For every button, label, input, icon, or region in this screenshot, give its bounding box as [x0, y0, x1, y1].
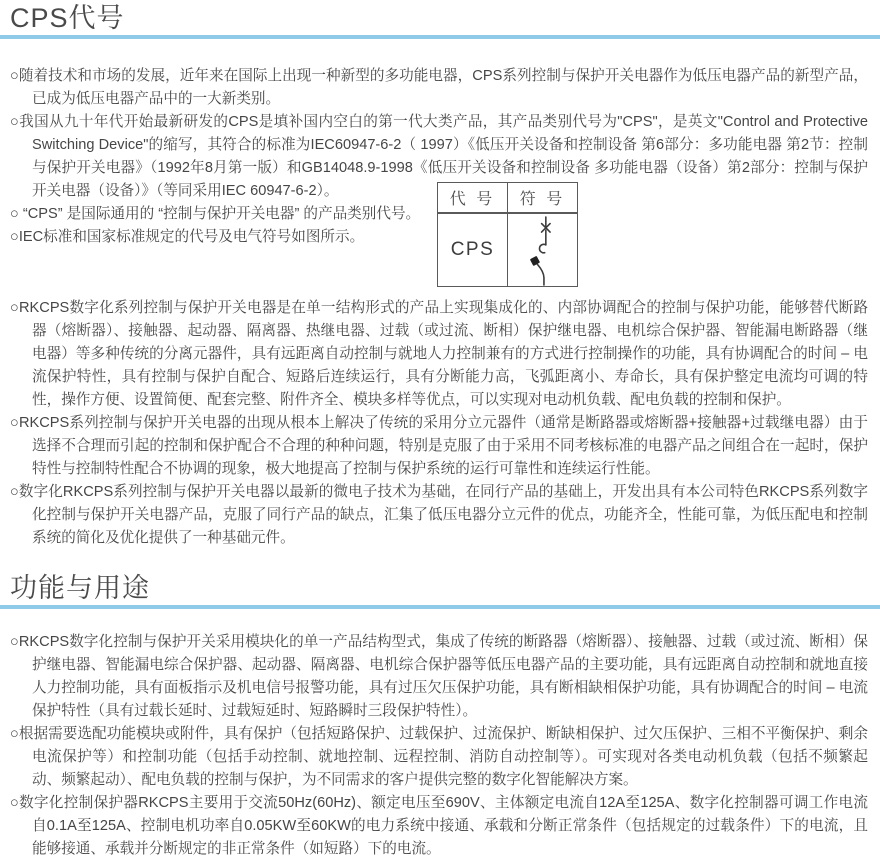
code-symbol-table: 代 号 符 号 CPS — [437, 182, 578, 287]
column-header-code: 代 号 — [438, 183, 508, 213]
paragraph: ○IEC标准和国家标准规定的代号及电气符号如图所示。 — [10, 226, 434, 249]
section-cps-body: ○随着技术和市场的发展，近年来在国际上出现一种新型的多功能电器，CPS系列控制与… — [0, 39, 880, 550]
cps-circuit-symbol-icon — [526, 216, 560, 286]
page-title: CPS代号 — [0, 0, 880, 35]
column-header-symbol: 符 号 — [508, 183, 578, 213]
table-header-row: 代 号 符 号 — [438, 183, 578, 213]
paragraph: ○数字化RKCPS系列控制与保护开关电器以最新的微电子技术为基础，在同行产品的基… — [10, 481, 868, 550]
paragraph: ○ “CPS” 是国际通用的 “控制与保护开关电器” 的产品类别代号。 — [10, 203, 434, 226]
section-cps-code: CPS代号 ○随着技术和市场的发展，近年来在国际上出现一种新型的多功能电器，CP… — [0, 0, 880, 550]
symbol-cell — [508, 213, 578, 287]
paragraph: ○RKCPS数字化系列控制与保护开关电器是在单一结构形式的产品上实现集成化的、内… — [10, 297, 868, 412]
paragraph: ○根据需要选配功能模块或附件，具有保护（包括短路保护、过载保护、过流保护、断缺相… — [10, 723, 868, 792]
paragraph: ○数字化控制保护器RKCPS主要用于交流50Hz(60Hz)、额定电压至690V… — [10, 792, 868, 856]
table-row: CPS — [438, 213, 578, 287]
paragraph: ○RKCPS系列控制与保护开关电器的出现从根本上解决了传统的采用分立元器件（通常… — [10, 412, 868, 481]
code-value: CPS — [438, 213, 508, 287]
paragraph: ○随着技术和市场的发展，近年来在国际上出现一种新型的多功能电器，CPS系列控制与… — [10, 65, 868, 111]
section-functions-body: ○RKCPS数字化控制与保护开关采用模块化的单一产品结构型式，集成了传统的断路器… — [0, 609, 880, 856]
document-page: CPS代号 ○随着技术和市场的发展，近年来在国际上出现一种新型的多功能电器，CP… — [0, 0, 880, 856]
section-title: 功能与用途 — [0, 570, 880, 605]
paragraph: ○RKCPS数字化控制与保护开关采用模块化的单一产品结构型式，集成了传统的断路器… — [10, 631, 868, 723]
section-functions: 功能与用途 ○RKCPS数字化控制与保护开关采用模块化的单一产品结构型式，集成了… — [0, 570, 880, 856]
